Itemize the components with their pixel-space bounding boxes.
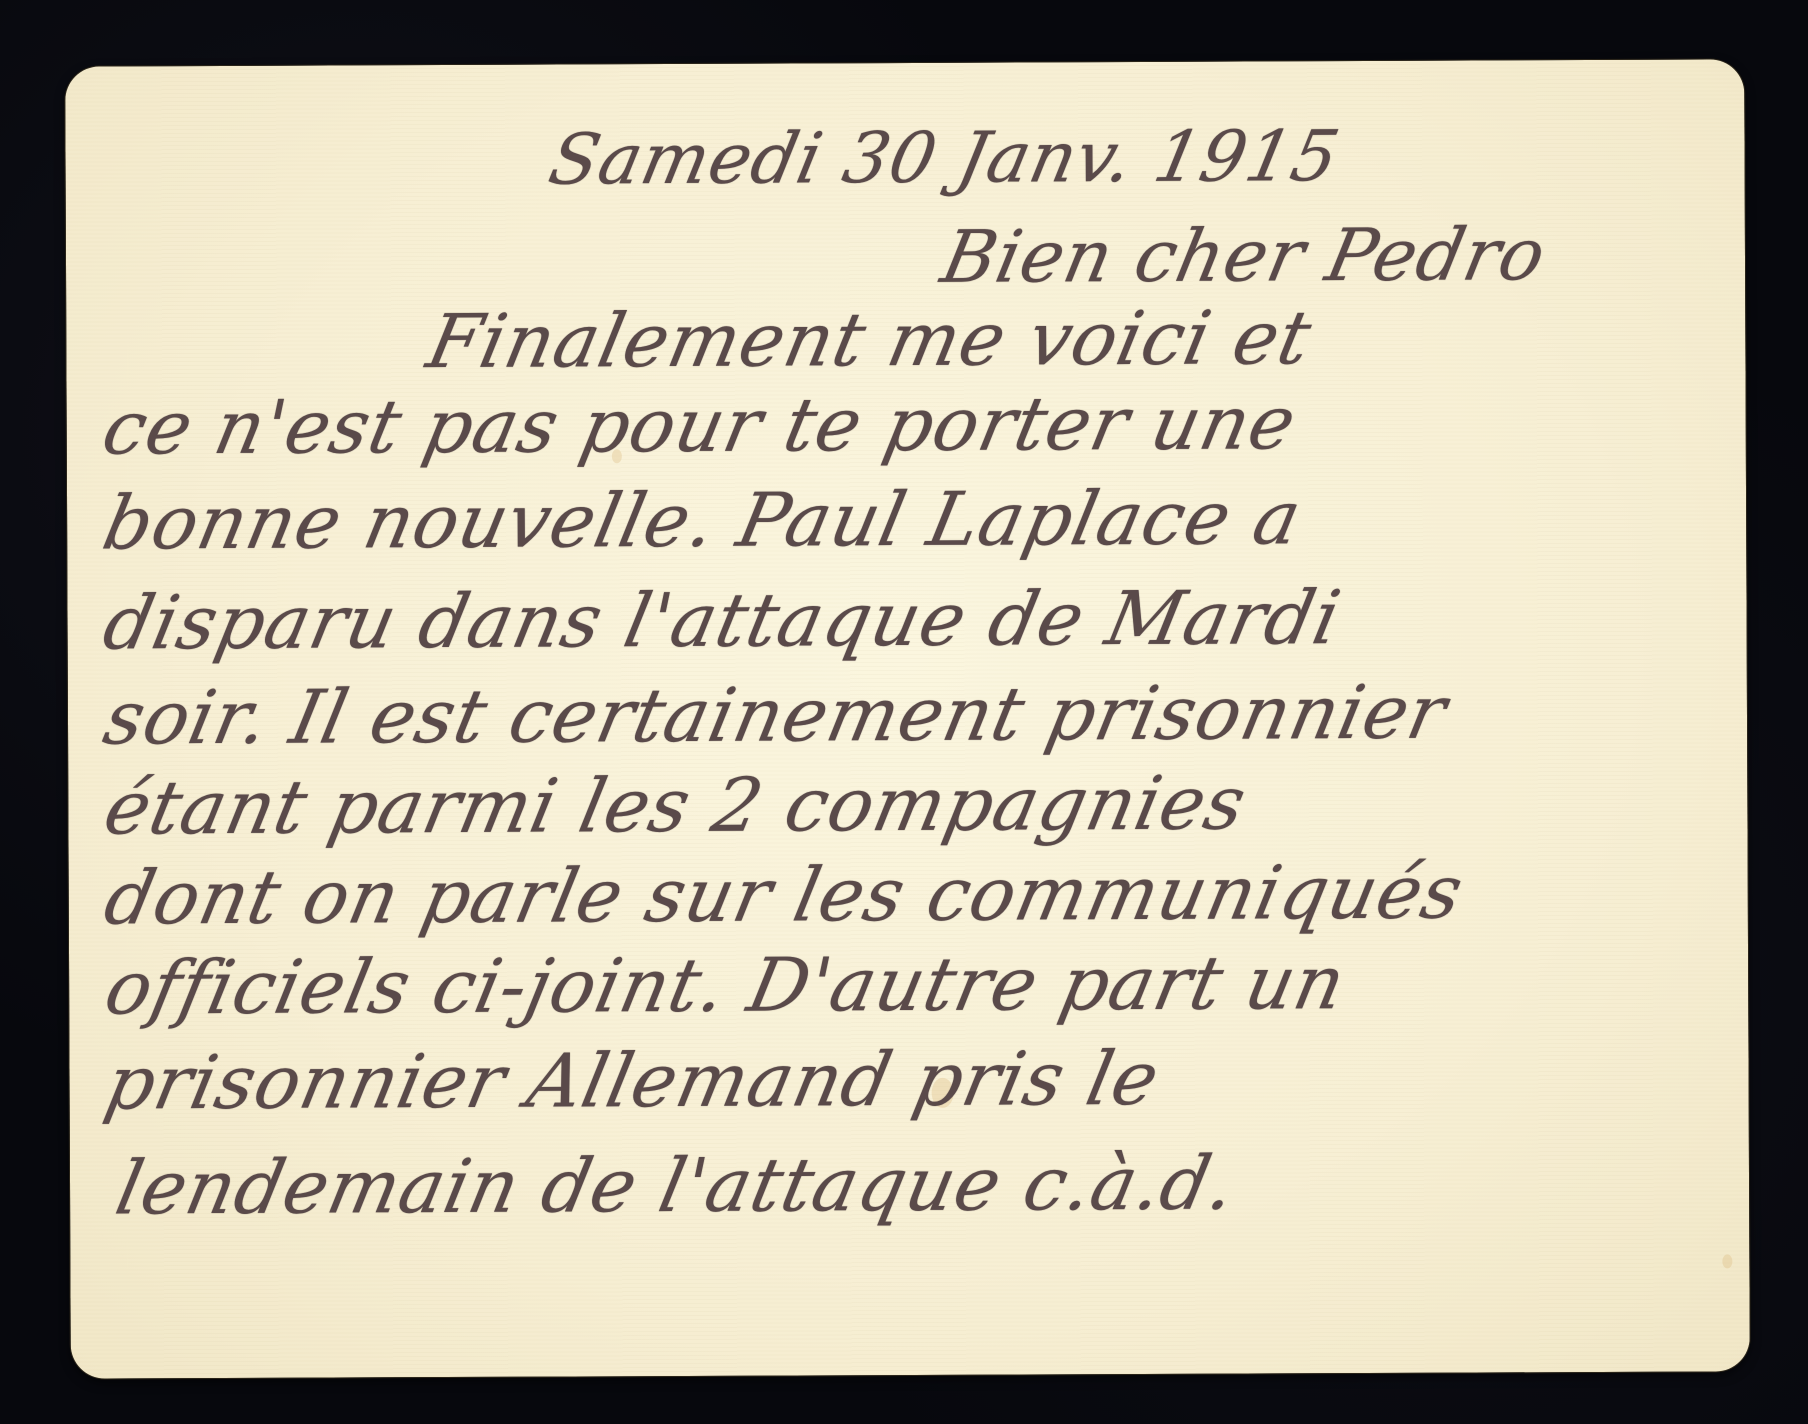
letter-line-10: lendemain de l'attaque c.à.d. [110,1147,1242,1226]
foxing-stain [1722,1254,1732,1268]
date-line: Samedi 30 Janv. 1915 [544,121,1346,194]
letter-line-6: étant parmi les 2 compagnies [99,766,1253,845]
salutation: Bien cher Pedro [936,218,1552,293]
letter-line-8: officiels ci-joint. D'autre part un [99,946,1352,1025]
letter-line-7: dont on parle sur les communiqués [99,856,1469,936]
letter-line-1: Finalement me voici et [422,301,1318,379]
letter-line-2: ce n'est pas pour te porter une [97,386,1303,465]
postcard: Samedi 30 Janv. 1915 Bien cher Pedro Fin… [65,59,1750,1378]
letter-line-3: bonne nouvelle. Paul Laplace a [97,481,1307,560]
letter-line-5: soir. Il est certainement prisonnier [98,676,1453,756]
letter-line-4: disparu dans l'attaque de Mardi [98,581,1347,660]
letter-line-9: prisonnier Allemand pris le [100,1042,1166,1121]
